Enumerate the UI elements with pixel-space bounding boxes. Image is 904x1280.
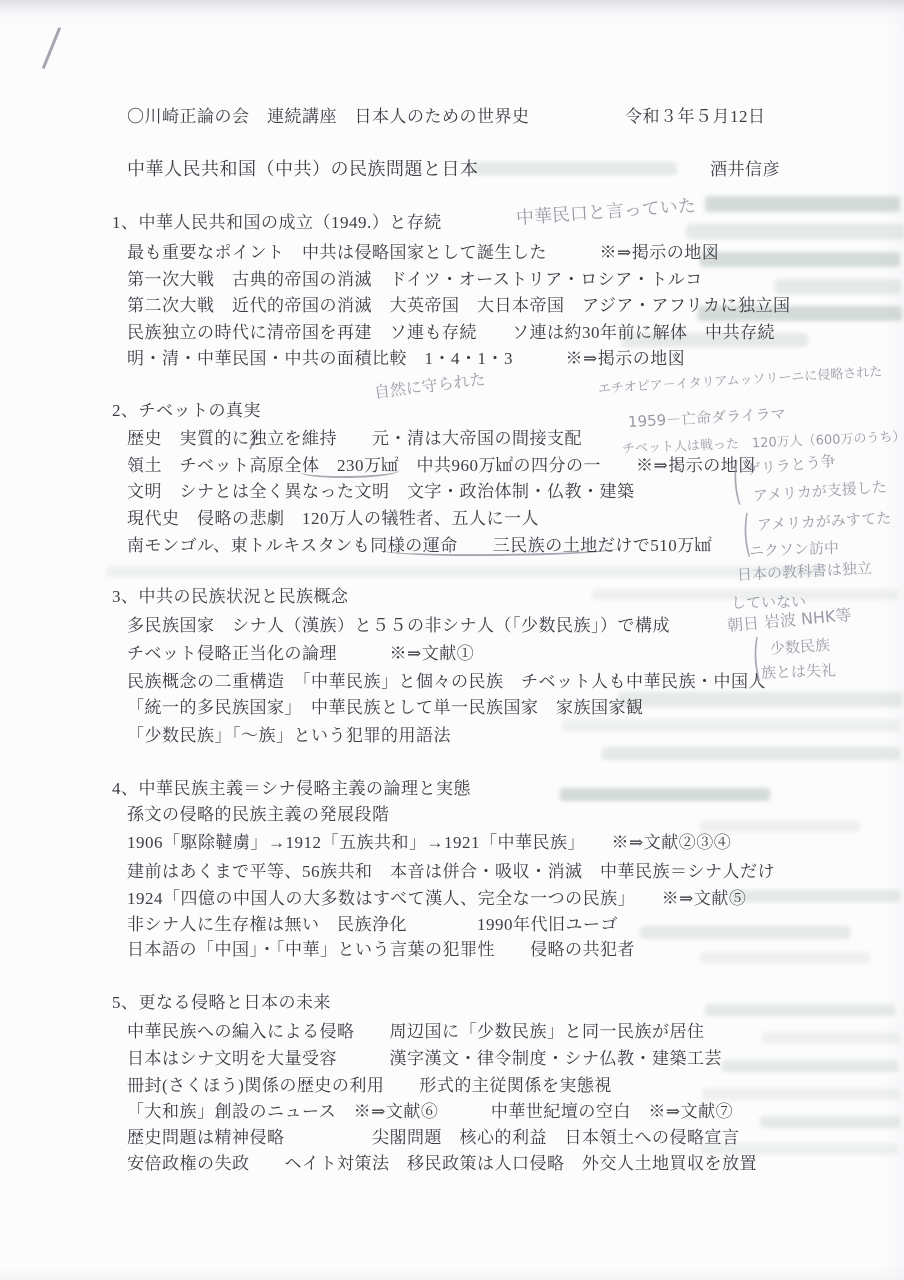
bleedthrough-artifact — [602, 747, 900, 760]
document-date: 令和３年５月12日 — [625, 106, 766, 128]
handwritten-brace: ( — [752, 630, 762, 688]
section-1-line: 最も重要なポイント 中共は侵略国家として誕生した ※⇒掲示の地図 — [127, 242, 719, 264]
section-3-line: 多民族国家 シナ人（漢族）と５５の非シナ人（「少数民族」）で構成 — [127, 615, 670, 637]
section-3-line: 民族概念の二重構造 「中華民族」と個々の民族 チベット人も中華民族・中国人 — [127, 671, 766, 693]
section-3-line: 「統一的多民族国家」 中華民族として単一民族国家 家族国家観 — [127, 697, 644, 719]
section-3-heading: 3、中共の民族状況と民族概念 — [112, 586, 349, 608]
section-4-line: 孫文の侵略的民族主義の発展段階 — [127, 804, 390, 826]
bleedthrough-artifact — [760, 1116, 900, 1128]
section-1-line: 明・清・中華民国・中共の面積比較 1・4・1・3 ※⇒掲示の地図 — [127, 348, 685, 370]
bleedthrough-artifact — [640, 926, 850, 939]
bleedthrough-artifact — [700, 820, 860, 832]
section-4-line: 1924「四億の中国人の大多数はすべて漢人、完全な一つの民族」 ※⇒文献⑤ — [127, 888, 746, 910]
handwritten-note: ゲリラとう争 — [745, 450, 837, 480]
bleedthrough-artifact — [730, 890, 900, 902]
section-5-line: 安倍政権の失政 ヘイト対策法 移民政策は人口侵略 外交人土地買収を放置 — [127, 1153, 757, 1175]
handwritten-note: アメリカがみすてた — [756, 507, 891, 535]
bleedthrough-artifact — [618, 692, 902, 707]
handwritten-note: 日本の教科書は独立 — [736, 557, 872, 585]
section-4-heading: 4、中華民族主義＝シナ侵略主義の論理と実態 — [112, 778, 471, 800]
handwritten-note: アメリカが支援した — [752, 476, 887, 506]
section-2-line: 南モンゴル、東トルキスタンも同様の運命 三民族の土地だけで510万㎢ — [127, 535, 712, 557]
handwritten-note: 少数民族 — [769, 634, 830, 659]
bleedthrough-artifact — [700, 252, 900, 267]
section-3-line: チベット侵略正当化の論理 ※⇒文献① — [127, 643, 474, 665]
section-4-line: 建前はあくまで平等、56族共和 本音は併合・吸収・消滅 中華民族＝シナ人だけ — [127, 861, 775, 883]
bleedthrough-artifact — [705, 196, 900, 212]
page-title: 中華人民共和国（中共）の民族問題と日本 — [127, 158, 479, 180]
handwritten-note: 自然に守られた — [373, 366, 487, 402]
section-2-heading: 2、チベットの真実 — [112, 400, 261, 422]
event-title: 〇川崎正論の会 連続講座 日本人のための世界史 — [127, 106, 530, 128]
handwritten-note: 1959－亡命ダライラマ — [627, 403, 786, 432]
bleedthrough-artifact — [560, 788, 770, 801]
handwritten-note: 族とは失礼 — [761, 659, 837, 683]
handwritten-note: ニクソン訪中 — [749, 537, 840, 561]
section-3-line: 「少数民族」「～族」という犯罪的用語法 — [127, 725, 451, 747]
pen-slash-mark — [42, 27, 61, 69]
section-2-line: 領土 チベット高原全体 230万㎢ 中共960万㎢の四分の一 ※⇒掲示の地図 — [127, 455, 756, 477]
bleedthrough-artifact — [702, 1088, 900, 1100]
section-5-line: 中華民族への編入による侵略 周辺国に「少数民族」と同一民族が居住 — [127, 1021, 705, 1043]
handwritten-note: チベット人は戦った 120万人（600万のうち） — [622, 426, 904, 457]
bleedthrough-artifact — [762, 1032, 900, 1044]
section-1-line: 民族独立の時代に清帝国を再建 ソ連も存続 ソ連は約30年前に解体 中共存続 — [127, 322, 775, 344]
handwritten-brace: ( — [742, 506, 752, 564]
section-1-line: 第一次大戦 古典的帝国の消滅 ドイツ・オーストリア・ロシア・トルコ — [127, 269, 703, 291]
section-4-line: 日本語の「中国」・「中華」という言葉の犯罪性 侵略の共犯者 — [127, 939, 635, 961]
section-1-heading: 1、中華人民共和国の成立（1949.）と存続 — [112, 212, 442, 234]
bleedthrough-artifact — [562, 719, 900, 732]
bleedthrough-artifact — [686, 224, 904, 239]
section-2-line: 歴史 実質的に独立を維持 元・清は大帝国の間接支配 — [127, 428, 582, 450]
section-4-line: 1906「駆除韃虜」→1912「五族共和」→1921「中華民族」 ※⇒文献②③④ — [127, 832, 731, 854]
bleedthrough-artifact — [705, 1004, 895, 1016]
section-1-line: 第二次大戦 近代的帝国の消滅 大英帝国 大日本帝国 アジア・アフリカに独立国 — [127, 295, 790, 317]
section-5-heading: 5、更なる侵略と日本の未来 — [112, 992, 331, 1014]
section-5-line: 日本はシナ文明を大量受容 漢字漢文・律令制度・シナ仏教・建築工芸 — [127, 1048, 722, 1070]
scanned-lecture-handout: 〇川崎正論の会 連続講座 日本人のための世界史 令和３年５月12日 中華人民共和… — [0, 0, 904, 1280]
bleedthrough-artifact — [722, 1060, 898, 1072]
section-5-line: 歴史問題は精神侵略 尖閣問題 核心的利益 日本領土への侵略宣言 — [127, 1127, 740, 1149]
author-name: 酒井信彦 — [710, 159, 780, 181]
bleedthrough-artifact — [700, 952, 870, 964]
handwritten-note: 中華民口と言っていた — [515, 191, 696, 229]
section-2-line: 現代史 侵略の悲劇 120万人の犠牲者、五人に一人 — [127, 508, 539, 530]
section-5-line: 「大和族」創設のニュース ※⇒文献⑥ 中華世紀壇の空白 ※⇒文献⑦ — [127, 1101, 733, 1123]
bleedthrough-artifact — [775, 279, 901, 294]
bleedthrough-artifact — [106, 566, 822, 577]
section-5-line: 冊封(さくほう)関係の歴史の利用 形式的主従関係を実態視 — [127, 1075, 612, 1097]
bleedthrough-artifact — [472, 162, 677, 175]
section-2-line: 文明 シナとは全く異なった文明 文字・政治体制・仏教・建築 — [127, 481, 635, 503]
section-4-line: 非シナ人に生存権は無い 民族浄化 1990年代旧ユーゴ — [127, 914, 618, 936]
